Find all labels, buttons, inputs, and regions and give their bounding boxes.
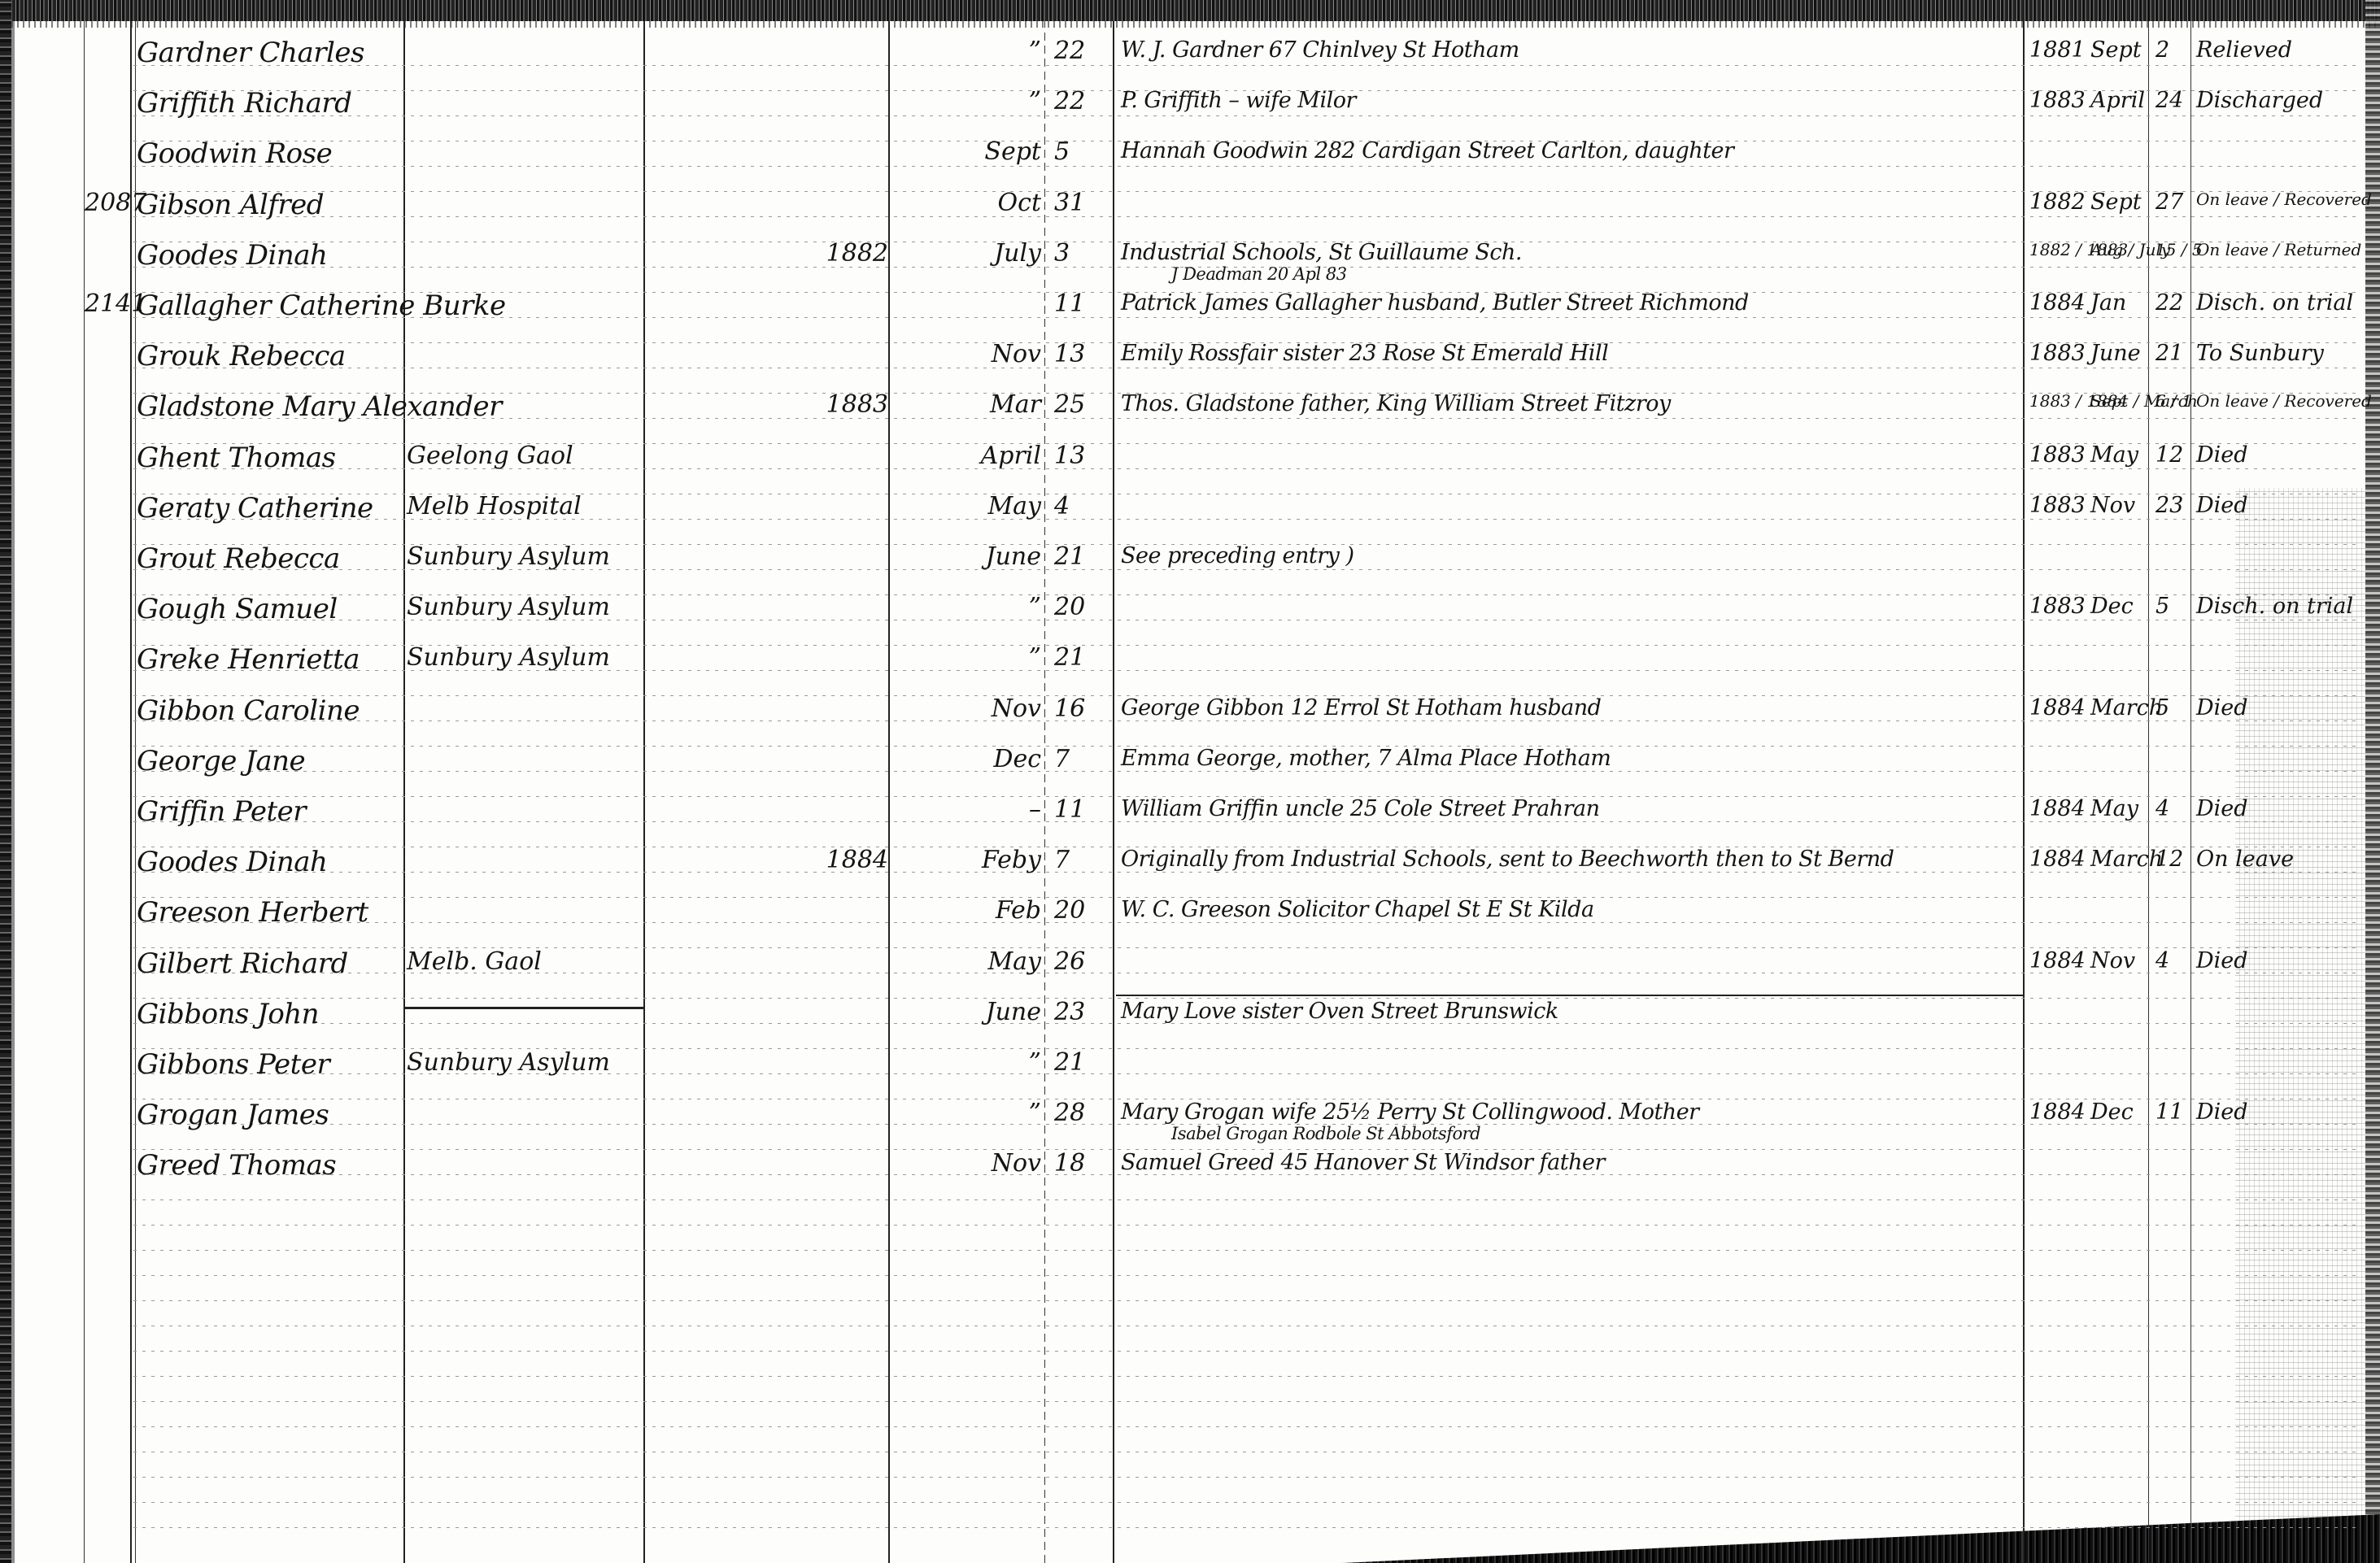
row-adm-year: 1883 <box>826 393 888 417</box>
row-relative: W. C. Greeson Solicitor Chapel St E St K… <box>1121 899 1594 921</box>
row-res-year: 1884 <box>2029 697 2086 719</box>
row-name: Goodes Dinah <box>137 242 327 269</box>
ruled-line <box>133 1326 2356 1326</box>
column-rule-margin <box>84 21 85 1563</box>
row-adm-day: 11 <box>1054 798 1085 822</box>
row-adm-month: June <box>986 1000 1041 1025</box>
row-adm-month: Feby <box>982 848 1041 873</box>
row-name: Greke Henrietta <box>137 646 360 673</box>
row-name: Gibbons John <box>137 1000 319 1028</box>
column-rule-month-right <box>1044 21 1045 1563</box>
row-adm-day: 31 <box>1054 191 1085 216</box>
row-name: George Jane <box>137 747 305 775</box>
row-res-year: 1883 <box>2029 342 2086 364</box>
row-res-year: 1881 <box>2029 39 2086 61</box>
row-adm-month: Oct <box>998 191 1041 216</box>
row-relative: Emma George, mother, 7 Alma Place Hotham <box>1121 747 1611 769</box>
ruled-line <box>133 1275 2356 1276</box>
row-res-month: June <box>2090 342 2141 364</box>
row-name: Gardner Charles <box>137 39 364 67</box>
row-adm-day: 21 <box>1054 545 1085 569</box>
row-res-day: 4 <box>2156 950 2169 972</box>
row-relative: Emily Rossfair sister 23 Rose St Emerald… <box>1121 342 1608 364</box>
column-rule-name-right <box>403 21 405 1563</box>
row-adm-day: 3 <box>1054 242 1070 266</box>
row-res-year: 1883 <box>2029 89 2086 111</box>
separator-line-gilbert <box>403 1007 643 1009</box>
row-relative: Originally from Industrial Schools, sent… <box>1121 848 1894 870</box>
row-result: On leave <box>2196 848 2294 870</box>
row-from: Sunbury Asylum <box>407 646 610 670</box>
row-result: Died <box>2196 494 2248 516</box>
row-adm-day: 7 <box>1054 747 1070 772</box>
ruled-line <box>133 191 2356 192</box>
ruled-line <box>133 1426 2356 1427</box>
row-adm-month: Mar <box>990 393 1041 417</box>
row-adm-day: 25 <box>1054 393 1085 417</box>
row-adm-day: 11 <box>1054 292 1085 316</box>
row-name: Gibbon Caroline <box>137 697 360 725</box>
row-res-month: Nov <box>2090 950 2135 972</box>
row-result: Discharged <box>2196 89 2323 111</box>
row-name: Gough Samuel <box>137 595 338 623</box>
ruled-line <box>133 1452 2356 1452</box>
row-result: Died <box>2196 444 2248 466</box>
row-adm-day: 18 <box>1054 1152 1085 1176</box>
row-res-day: 23 <box>2156 494 2183 516</box>
row-res-month: Nov <box>2090 494 2135 516</box>
column-rule-name-left-double <box>135 21 136 1563</box>
row-adm-month: ” <box>1029 39 1041 63</box>
page-left-shadow <box>11 21 15 1563</box>
ruled-line <box>133 1250 2356 1251</box>
row-res-year: 1884 <box>2029 1101 2086 1123</box>
row-relative: Mary Grogan wife 25½ Perry St Collingwoo… <box>1121 1101 1699 1123</box>
column-rule-year-right <box>888 21 890 1563</box>
row-relative: Samuel Greed 45 Hanover St Windsor fathe… <box>1121 1152 1605 1173</box>
row-res-year: 1884 <box>2029 848 2086 870</box>
ruled-line <box>133 771 2356 772</box>
page-right-edge <box>2365 0 2380 1563</box>
row-adm-day: 21 <box>1054 1051 1085 1075</box>
row-res-day: 11 <box>2156 1101 2183 1123</box>
row-adm-day: 5 <box>1054 140 1070 164</box>
row-name: Greeson Herbert <box>137 899 368 926</box>
page-bottom-edge <box>1342 1514 2380 1563</box>
ruled-line <box>133 1225 2356 1226</box>
ruled-line <box>133 115 2356 116</box>
row-adm-year: 1882 <box>826 242 888 266</box>
row-name: Gilbert Richard <box>137 950 348 977</box>
row-res-day: 12 <box>2156 444 2183 466</box>
row-relative: See preceding entry ) <box>1121 545 1353 567</box>
ruled-line <box>133 1351 2356 1352</box>
row-adm-month: ” <box>1029 646 1041 670</box>
ruled-line <box>133 821 2356 822</box>
row-adm-month: April <box>981 444 1041 468</box>
row-relative-sub: Isabel Grogan Rodbole St Abbotsford <box>1171 1125 1480 1143</box>
row-result: On leave / Recovered <box>2196 191 2372 207</box>
row-adm-month: ” <box>1029 89 1041 114</box>
row-res-day: 2 <box>2156 39 2169 61</box>
column-rule-name-left <box>130 21 132 1563</box>
row-res-month: May <box>2090 798 2138 820</box>
row-adm-month: Nov <box>992 697 1041 721</box>
row-relative: Hannah Goodwin 282 Cardigan Street Carlt… <box>1121 140 1733 162</box>
row-name: Greed Thomas <box>137 1152 336 1179</box>
row-result: Disch. on trial <box>2196 292 2353 314</box>
row-name: Geraty Catherine <box>137 494 373 522</box>
row-name: Goodes Dinah <box>137 848 327 876</box>
ruled-line <box>133 922 2356 923</box>
row-adm-month: Nov <box>992 1152 1041 1176</box>
row-relative: George Gibbon 12 Errol St Hotham husband <box>1121 697 1601 719</box>
row-res-day: 12 <box>2156 848 2183 870</box>
row-adm-day: 13 <box>1054 342 1085 367</box>
row-res-month: April <box>2090 89 2145 111</box>
row-result: On leave / Returned <box>2196 242 2361 258</box>
row-res-day: 15 / 5 <box>2156 242 2203 258</box>
column-rule-from-right <box>643 21 645 1563</box>
row-from: Sunbury Asylum <box>407 1051 610 1075</box>
row-adm-month: June <box>986 545 1041 569</box>
row-res-month: March <box>2090 697 2163 719</box>
row-relative: W. J. Gardner 67 Chinlvey St Hotham <box>1121 39 1519 61</box>
row-relative: Industrial Schools, St Guillaume Sch. <box>1121 242 1522 263</box>
separator-line-relative <box>1116 995 2023 996</box>
row-res-month: May <box>2090 444 2138 466</box>
column-rule-relative-right <box>2023 21 2025 1563</box>
row-result: Relieved <box>2196 39 2292 61</box>
row-name: Goodwin Rose <box>137 140 332 168</box>
row-adm-month: – <box>1029 798 1041 822</box>
row-res-year: 1884 <box>2029 798 2086 820</box>
row-res-year: 1883 <box>2029 494 2086 516</box>
page-left-edge <box>0 0 11 1563</box>
row-relative: Mary Love sister Oven Street Brunswick <box>1121 1000 1558 1022</box>
row-from: Geelong Gaol <box>407 444 573 468</box>
row-adm-month: Dec <box>993 747 1041 772</box>
row-adm-month: Feb <box>996 899 1041 923</box>
row-res-day: 21 <box>2156 342 2183 364</box>
row-res-day: 5 <box>2156 595 2169 617</box>
ruled-line <box>133 721 2356 721</box>
row-adm-day: 21 <box>1054 646 1085 670</box>
row-res-year: 1883 <box>2029 595 2086 617</box>
ruled-line <box>133 1300 2356 1301</box>
row-name: Grouk Rebecca <box>137 342 346 370</box>
row-from: Sunbury Asylum <box>407 595 610 620</box>
row-adm-year: 1884 <box>826 848 888 873</box>
ruled-line <box>133 872 2356 873</box>
row-result: Died <box>2196 697 2248 719</box>
row-res-day: 24 <box>2156 89 2183 111</box>
row-adm-month: ” <box>1029 595 1041 620</box>
row-adm-month: ” <box>1029 1101 1041 1125</box>
ruled-line <box>133 166 2356 167</box>
row-adm-day: 7 <box>1054 848 1070 873</box>
row-res-day: 5 <box>2156 697 2169 719</box>
row-res-year: 1884 <box>2029 292 2086 314</box>
row-name: Gibson Alfred <box>137 191 324 219</box>
row-relative: Patrick James Gallagher husband, Butler … <box>1121 292 1749 314</box>
row-res-year: 1882 <box>2029 191 2086 213</box>
row-adm-day: 26 <box>1054 950 1085 974</box>
row-adm-month: Sept <box>984 140 1041 164</box>
ruled-line <box>133 1401 2356 1402</box>
row-adm-day: 22 <box>1054 39 1085 63</box>
ruled-line <box>133 1199 2356 1200</box>
row-name: Gallagher Catherine Burke <box>137 292 506 320</box>
row-result: To Sunbury <box>2196 342 2324 364</box>
ruled-line <box>133 1527 2356 1528</box>
ruled-line <box>133 216 2356 217</box>
row-res-year: 1884 <box>2029 950 2086 972</box>
scan-noise <box>2235 488 2365 1561</box>
row-res-day: 4 <box>2156 798 2169 820</box>
ruled-line <box>133 1376 2356 1377</box>
row-adm-month: May <box>987 494 1041 519</box>
row-adm-day: 20 <box>1054 899 1085 923</box>
row-relative: Thos. Gladstone father, King William Str… <box>1121 393 1671 415</box>
row-res-year: 1883 <box>2029 444 2086 466</box>
ruled-line <box>133 1477 2356 1478</box>
row-result: Died <box>2196 1101 2248 1123</box>
row-name: Grout Rebecca <box>137 545 340 573</box>
page-top-edge <box>0 0 2380 21</box>
row-result: On leave / Recovered <box>2196 393 2372 409</box>
ruled-line <box>133 368 2356 368</box>
row-res-day: 27 <box>2156 191 2183 213</box>
ruled-line <box>133 65 2356 66</box>
row-res-month: Jan <box>2090 292 2126 314</box>
row-from: Melb. Gaol <box>407 950 542 974</box>
row-name: Ghent Thomas <box>137 444 336 472</box>
row-result: Died <box>2196 798 2248 820</box>
ruled-line <box>133 1502 2356 1503</box>
row-adm-day: 20 <box>1054 595 1085 620</box>
row-res-month: Sept <box>2090 191 2142 213</box>
row-name: Gladstone Mary Alexander <box>137 393 502 420</box>
row-res-month: Dec <box>2090 1101 2134 1123</box>
row-res-month: March <box>2090 848 2163 870</box>
row-result: Died <box>2196 950 2248 972</box>
row-adm-month: ” <box>1029 1051 1041 1075</box>
row-adm-month: July <box>994 242 1041 266</box>
row-res-day: 6 / 1 <box>2156 393 2192 409</box>
row-res-day: 22 <box>2156 292 2183 314</box>
row-adm-month: May <box>987 950 1041 974</box>
row-adm-day: 28 <box>1054 1101 1085 1125</box>
row-from: Sunbury Asylum <box>407 545 610 569</box>
register-page: Gardner Charles”22W. J. Gardner 67 Chinl… <box>0 0 2380 1563</box>
row-adm-day: 16 <box>1054 697 1085 721</box>
row-adm-day: 13 <box>1054 444 1085 468</box>
row-result: Disch. on trial <box>2196 595 2353 617</box>
row-name: Gibbons Peter <box>137 1051 329 1078</box>
row-relative: William Griffin uncle 25 Cole Street Pra… <box>1121 798 1600 820</box>
row-adm-day: 23 <box>1054 1000 1085 1025</box>
row-relative: P. Griffith – wife Milor <box>1121 89 1356 111</box>
row-from: Melb Hospital <box>407 494 582 519</box>
row-res-month: Dec <box>2090 595 2134 617</box>
row-res-month: Sept <box>2090 39 2142 61</box>
row-adm-month: Nov <box>992 342 1041 367</box>
row-adm-day: 4 <box>1054 494 1070 519</box>
row-name: Griffin Peter <box>137 798 306 825</box>
row-relative-sub: J Deadman 20 Apl 83 <box>1171 266 1347 283</box>
column-rule-day-right <box>1113 21 1114 1563</box>
row-name: Griffith Richard <box>137 89 351 117</box>
row-name: Grogan James <box>137 1101 329 1129</box>
row-adm-day: 22 <box>1054 89 1085 114</box>
